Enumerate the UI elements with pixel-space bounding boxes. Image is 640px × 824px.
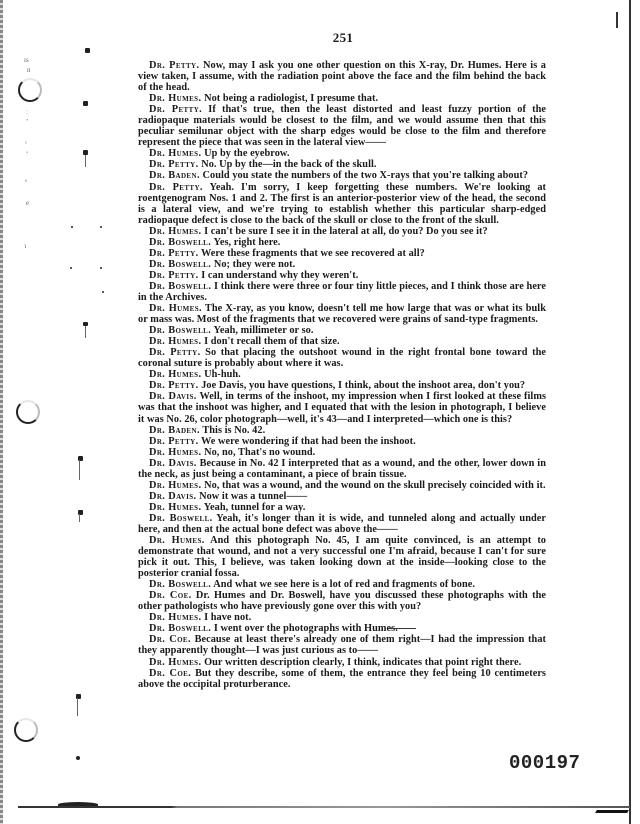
transcript-paragraph: Dr. Davis. Now it was a tunnel—— [138, 491, 546, 502]
scan-smudge [595, 810, 629, 813]
speech-text: Our written description clearly, I think… [201, 657, 521, 668]
speaker-name: Dr. Boswell. [149, 623, 211, 634]
transcript-paragraph: Dr. Petty. Joe Davis, you have questions… [138, 380, 546, 391]
speech-text: I went over the photographs with Humes. [211, 623, 398, 634]
margin-dot [70, 267, 72, 269]
margin-fragment: n [27, 66, 31, 75]
speaker-name: Dr. Humes. [149, 502, 201, 513]
speaker-name: Dr. Humes. [149, 369, 201, 380]
speaker-name: Dr. Petty. [149, 104, 202, 115]
transcript-paragraph: Dr. Coe. But they describe, some of them… [138, 668, 546, 690]
transcript-paragraph: Dr. Boswell. And what we see here is a l… [138, 579, 546, 590]
speaker-name: Dr. Petty. [149, 248, 199, 259]
margin-fragment: ː [26, 108, 28, 117]
speaker-name: Dr. Davis. [149, 491, 196, 502]
transcript-body: Dr. Petty. Now, may I ask you one other … [138, 60, 546, 690]
speech-text: Not being a radiologist, I presume that. [201, 93, 378, 104]
handwritten-underline [388, 628, 416, 629]
speaker-name: Dr. Humes. [149, 226, 201, 237]
speaker-name: Dr. Boswell. [149, 259, 211, 270]
transcript-paragraph: Dr. Humes. The X-ray, as you know, doesn… [138, 303, 546, 325]
speech-text: Up by the eyebrow. [201, 148, 289, 159]
speech-text: Because at least there's already one of … [138, 634, 546, 656]
speech-text: And what we see here is a lot of red and… [211, 579, 475, 590]
speaker-name: Dr. Boswell. [149, 281, 211, 292]
margin-mark-stem [77, 698, 78, 716]
scan-bottom-edge [18, 806, 630, 808]
speech-text: I don't recall them of that size. [201, 336, 339, 347]
speech-text: Now, may I ask you one other question on… [138, 60, 546, 93]
transcript-paragraph: Dr. Humes. Up by the eyebrow. [138, 148, 546, 159]
speech-text: We were wondering if that had been the i… [199, 436, 416, 447]
transcript-paragraph: Dr. Boswell. I think there were three or… [138, 281, 546, 303]
speech-text: This is No. 42. [200, 425, 265, 436]
speaker-name: Dr. Humes. [149, 336, 201, 347]
speaker-name: Dr. Boswell. [149, 513, 213, 524]
speaker-name: Dr. Humes. [149, 447, 201, 458]
speaker-name: Dr. Petty. [149, 270, 199, 281]
margin-fragment: ʻ [26, 150, 28, 159]
speaker-name: Dr. Coe. [149, 590, 192, 601]
margin-mark-stem [79, 514, 80, 522]
speaker-name: Dr. Humes. [149, 303, 202, 314]
speech-text: Uh-huh. [201, 369, 240, 380]
speaker-name: Dr. Petty. [149, 380, 199, 391]
transcript-paragraph: Dr. Petty. I can understand why they wer… [138, 270, 546, 281]
speech-text: Yeah, millimeter or so. [211, 325, 313, 336]
transcript-paragraph: Dr. Humes. I don't recall them of that s… [138, 336, 546, 347]
transcript-paragraph: Dr. Petty. No. Up by the—in the back of … [138, 159, 546, 170]
transcript-paragraph: Dr. Boswell. No; they were not. [138, 259, 546, 270]
speech-text: I can't be sure I see it in the lateral … [201, 226, 487, 237]
transcript-paragraph: Dr. Boswell. Yes, right here. [138, 237, 546, 248]
speaker-name: Dr. Boswell. [149, 237, 211, 248]
speaker-name: Dr. Coe. [149, 634, 191, 645]
transcript-paragraph: Dr. Humes. Uh-huh. [138, 369, 546, 380]
margin-dot [71, 226, 73, 228]
transcript-paragraph: Dr. Petty. We were wondering if that had… [138, 436, 546, 447]
transcript-paragraph: Dr. Davis. Well, in terms of the inshoot… [138, 391, 546, 424]
margin-mark [83, 101, 88, 106]
speaker-name: Dr. Petty. [149, 436, 199, 447]
speech-text: Dr. Humes and Dr. Boswell, have you disc… [138, 590, 546, 612]
margin-mark-stem [85, 326, 86, 338]
scan-right-border [629, 0, 631, 824]
transcript-paragraph: Dr. Davis. Because in No. 42 I interpret… [138, 458, 546, 480]
speech-text: I have not. [201, 612, 251, 623]
transcript-paragraph: Dr. Coe. Because at least there's alread… [138, 634, 546, 656]
transcript-paragraph: Dr. Humes. I can't be sure I see it in t… [138, 226, 546, 237]
speaker-name: Dr. Petty. [149, 182, 203, 193]
transcript-paragraph: Dr. Humes. No, no, That's no wound. [138, 447, 546, 458]
margin-fragment: ıs [24, 56, 29, 65]
speaker-name: Dr. Baden. [149, 170, 200, 181]
transcript-paragraph: Dr. Humes. Yeah, tunnel for a way. [138, 502, 546, 513]
speaker-name: Dr. Humes. [149, 480, 201, 491]
speech-text: Were these fragments that we see recover… [199, 248, 425, 259]
speech-text: But they describe, some of them, the ent… [138, 668, 546, 690]
speech-text: No, no, That's no wound. [201, 447, 315, 458]
hole-punch-middle [16, 400, 40, 424]
speech-text: Yes, right here. [211, 237, 280, 248]
speech-text: Could you state the numbers of the two X… [200, 170, 528, 181]
speaker-name: Dr. Humes. [149, 612, 201, 623]
transcript-paragraph: Dr. Humes. I have not. [138, 612, 546, 623]
transcript-paragraph: Dr. Petty. Were these fragments that we … [138, 248, 546, 259]
bates-stamp: 000197 [509, 752, 580, 774]
margin-mark-stem [79, 460, 80, 480]
margin-dot [102, 291, 104, 293]
transcript-paragraph: Dr. Coe. Dr. Humes and Dr. Boswell, have… [138, 590, 546, 612]
margin-fragment: ʼ [26, 118, 28, 127]
transcript-paragraph: Dr. Boswell. Yeah, millimeter or so. [138, 325, 546, 336]
speech-text: Joe Davis, you have questions, I think, … [199, 380, 526, 391]
transcript-paragraph: Dr. Baden. This is No. 42. [138, 425, 546, 436]
speech-text: No. Up by the—in the back of the skull. [199, 159, 377, 170]
transcript-paragraph: Dr. Petty. So that placing the outshoot … [138, 347, 546, 369]
transcript-paragraph: Dr. Humes. Not being a radiologist, I pr… [138, 93, 546, 104]
speaker-name: Dr. Humes. [149, 657, 201, 668]
speaker-name: Dr. Davis. [149, 458, 197, 469]
transcript-paragraph: Dr. Petty. Yeah. I'm sorry, I keep forge… [138, 182, 546, 226]
speaker-name: Dr. Boswell. [149, 325, 211, 336]
margin-mark-stem [85, 155, 86, 167]
margin-dot [100, 267, 102, 269]
transcript-paragraph: Dr. Petty. Now, may I ask you one other … [138, 60, 546, 93]
speech-text: Yeah, tunnel for a way. [201, 502, 305, 513]
speaker-name: Dr. Humes. [149, 535, 205, 546]
speech-text: Well, in terms of the inshoot, my impres… [138, 391, 546, 424]
page-number: 251 [0, 30, 640, 46]
speaker-name: Dr. Davis. [149, 391, 197, 402]
speaker-name: Dr. Humes. [149, 93, 201, 104]
speaker-name: Dr. Baden. [149, 425, 200, 436]
speaker-name: Dr. Humes. [149, 148, 201, 159]
speech-text: No; they were not. [211, 259, 295, 270]
speaker-name: Dr. Boswell. [149, 579, 211, 590]
transcript-paragraph: Dr. Petty. If that's true, then the leas… [138, 104, 546, 148]
margin-mark [76, 756, 80, 760]
speaker-name: Dr. Petty. [149, 60, 199, 71]
transcript-paragraph: Dr. Humes. No, that was a wound, and the… [138, 480, 546, 491]
speaker-name: Dr. Petty. [149, 159, 199, 170]
speech-text: I can understand why they weren't. [199, 270, 359, 281]
speech-text: Now it was a tunnel—— [196, 491, 307, 502]
transcript-paragraph: Dr. Humes. Our written description clear… [138, 657, 546, 668]
transcript-paragraph: Dr. Boswell. I went over the photographs… [138, 623, 546, 634]
margin-fragment: ɿ [24, 242, 26, 251]
speaker-name: Dr. Petty. [149, 347, 201, 358]
speaker-name: Dr. Coe. [149, 668, 191, 679]
scan-right-tick [616, 12, 618, 28]
speech-text: No, that was a wound, and the wound on t… [201, 480, 545, 491]
speech-text: Because in No. 42 I interpreted that as … [138, 458, 546, 480]
margin-mark [85, 48, 90, 53]
hole-punch-bottom [14, 718, 38, 742]
hole-punch-top [18, 78, 42, 102]
margin-fragment: e [26, 199, 29, 208]
scan-left-edge [0, 0, 3, 824]
transcript-paragraph: Dr. Baden. Could you state the numbers o… [138, 170, 546, 181]
margin-dot [100, 226, 102, 228]
transcript-paragraph: Dr. Humes. And this photograph No. 45, I… [138, 535, 546, 579]
transcript-paragraph: Dr. Boswell. Yeah, it's longer than it i… [138, 513, 546, 535]
